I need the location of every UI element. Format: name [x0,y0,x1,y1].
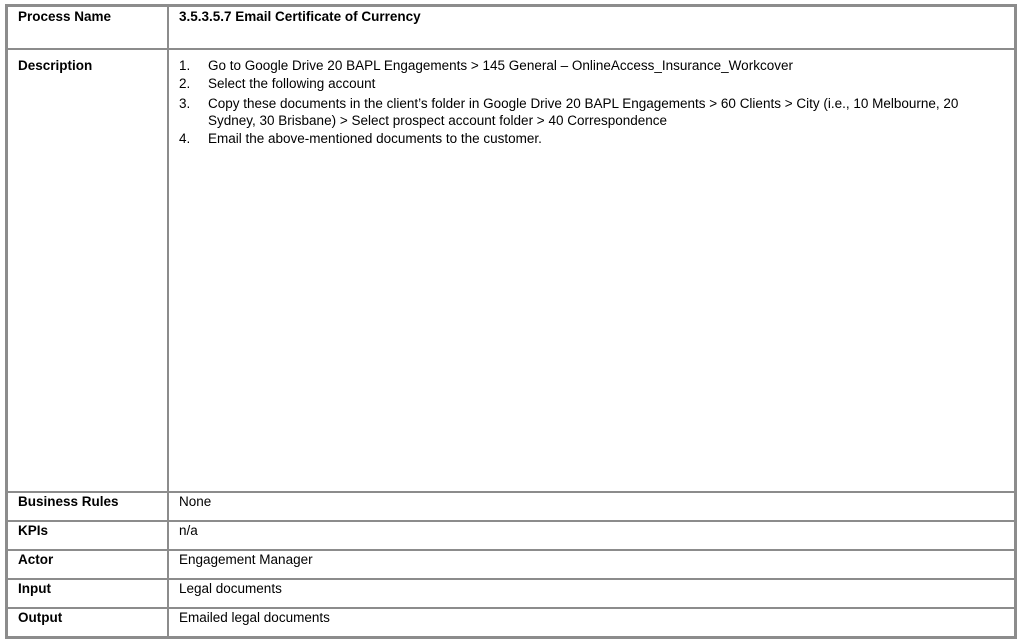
kpis-value: n/a [168,521,1016,550]
step-number: 3. [179,95,208,129]
step-item: 2. Select the following account [179,75,1006,92]
row-business-rules: Business Rules None [7,492,1016,521]
step-item: 1. Go to Google Drive 20 BAPL Engagement… [179,57,1006,74]
description-steps: 1. Go to Google Drive 20 BAPL Engagement… [179,57,1006,147]
row-output: Output Emailed legal documents [7,608,1016,638]
output-label: Output [7,608,169,638]
actor-value: Engagement Manager [168,550,1016,579]
step-number: 4. [179,130,208,147]
business-rules-value: None [168,492,1016,521]
step-text: Email the above-mentioned documents to t… [208,130,1006,147]
step-number: 1. [179,57,208,74]
row-actor: Actor Engagement Manager [7,550,1016,579]
step-text: Copy these documents in the client’s fol… [208,95,1006,129]
actor-label: Actor [7,550,169,579]
process-name-label: Process Name [7,6,169,50]
description-value: 1. Go to Google Drive 20 BAPL Engagement… [168,49,1016,492]
output-value: Emailed legal documents [168,608,1016,638]
process-name-value: 3.5.3.5.7 Email Certificate of Currency [168,6,1016,50]
input-label: Input [7,579,169,608]
step-number: 2. [179,75,208,92]
row-description: Description 1. Go to Google Drive 20 BAP… [7,49,1016,492]
description-label: Description [7,49,169,492]
process-table: Process Name 3.5.3.5.7 Email Certificate… [5,4,1017,639]
row-input: Input Legal documents [7,579,1016,608]
business-rules-label: Business Rules [7,492,169,521]
step-text: Select the following account [208,75,1006,92]
row-kpis: KPIs n/a [7,521,1016,550]
step-item: 4. Email the above-mentioned documents t… [179,130,1006,147]
kpis-label: KPIs [7,521,169,550]
step-item: 3. Copy these documents in the client’s … [179,95,1006,129]
step-text: Go to Google Drive 20 BAPL Engagements >… [208,57,1006,74]
row-process-name: Process Name 3.5.3.5.7 Email Certificate… [7,6,1016,50]
input-value: Legal documents [168,579,1016,608]
